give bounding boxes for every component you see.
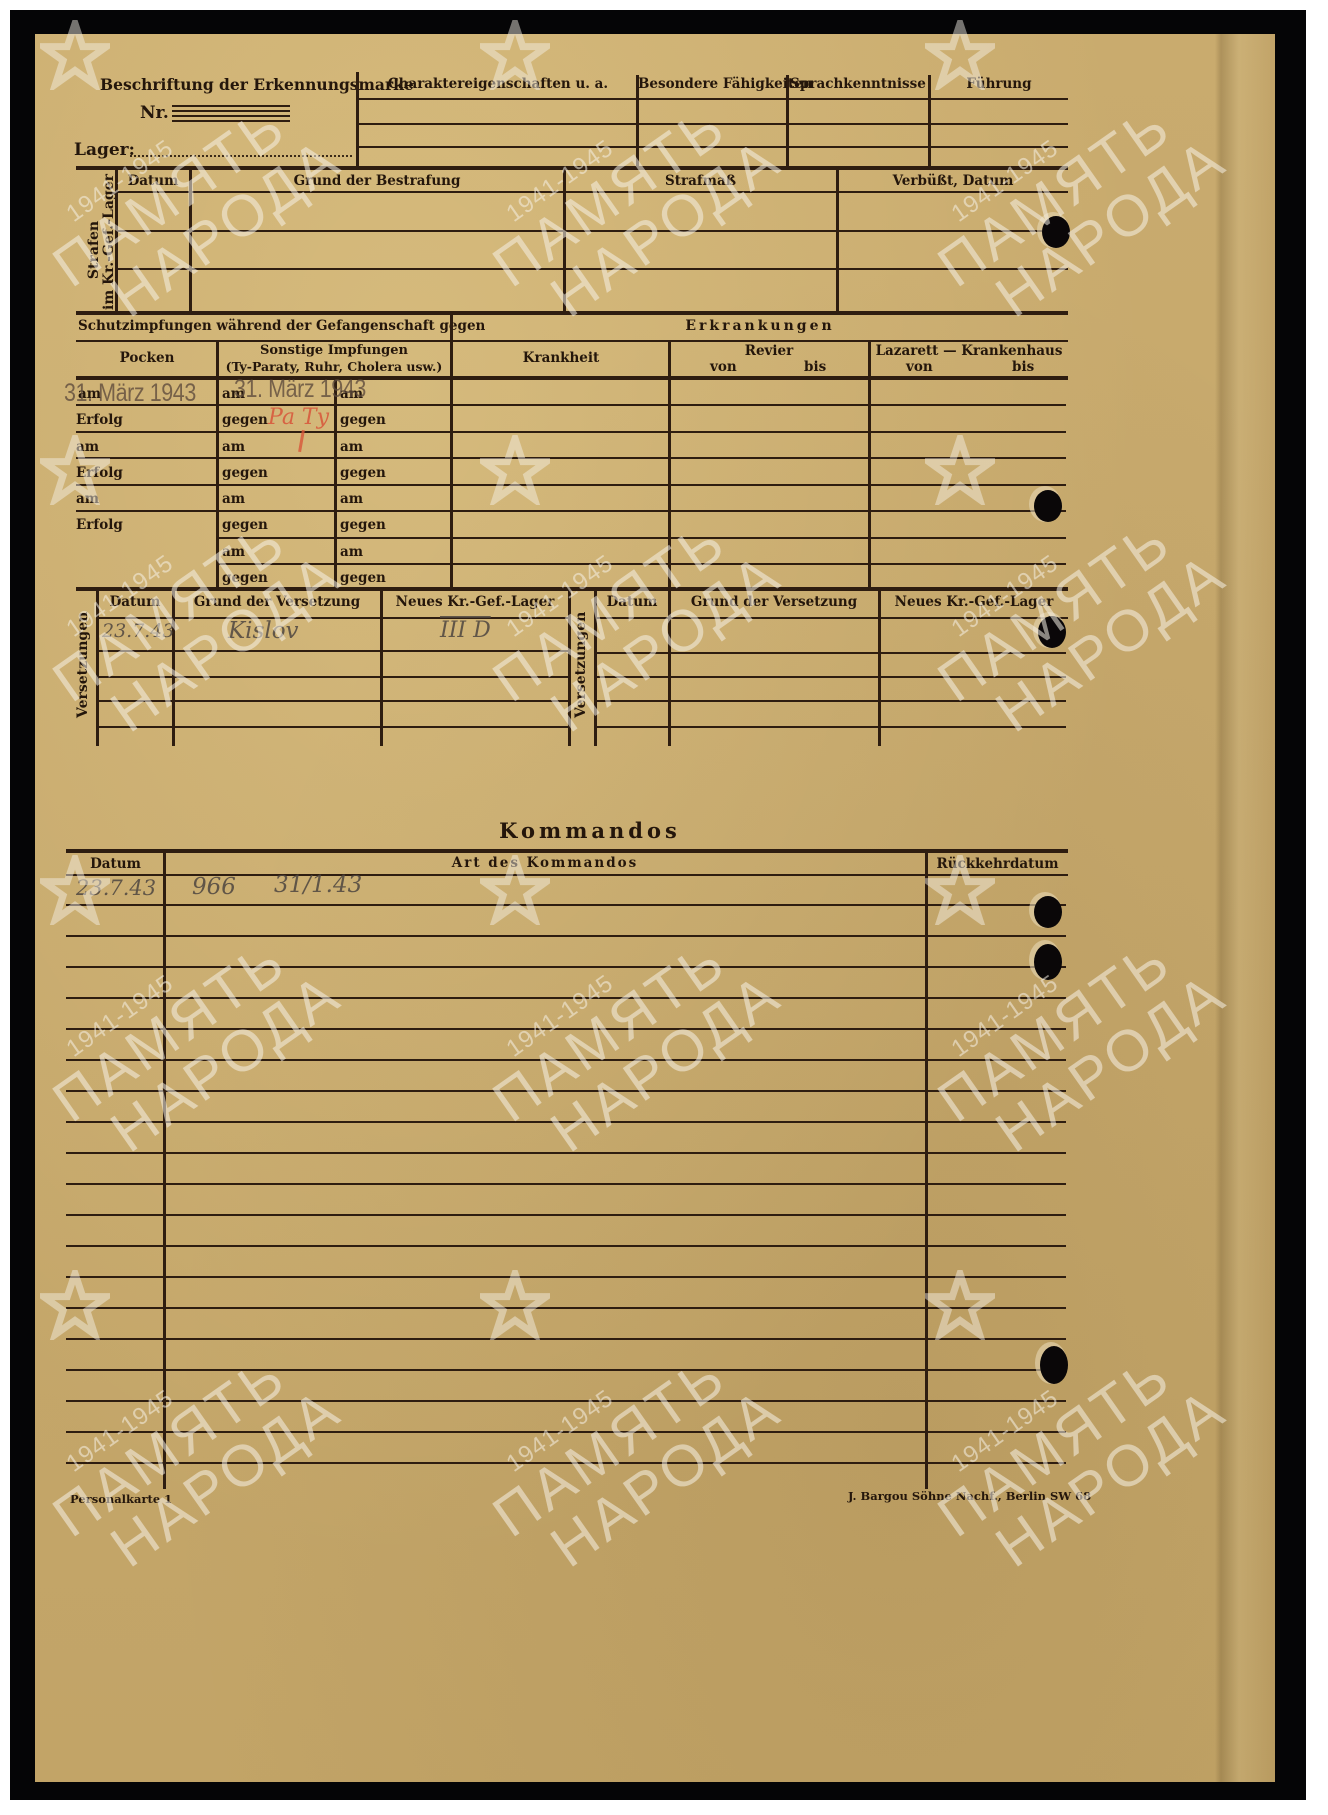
illnesses-title: Erkrankungen [452, 318, 1068, 334]
ruled-line [66, 1369, 1066, 1371]
printer-imprint: J. Bargou Söhne Nachf., Berlin SW 68 [848, 1489, 1091, 1503]
vaccine-row-label: am [222, 439, 245, 455]
transfers-side-label: Versetzungen [574, 618, 590, 718]
ruled-line [66, 1183, 1066, 1185]
ruled-line [66, 1431, 1066, 1433]
infirmary-from-label: von [710, 359, 737, 375]
smallpox-row-label: Erfolg [76, 465, 123, 481]
transfer-date: 23.7.43 [102, 620, 175, 642]
column-header-return-date: Rückkehrdatum [927, 856, 1068, 872]
column-header-hospital: Lazarett — Krankenhaus [870, 343, 1068, 359]
character-cell[interactable] [360, 100, 634, 166]
vaccine-row-label: gegen [222, 570, 268, 586]
illness-rows-area[interactable] [454, 380, 1066, 586]
hospital-to-label: bis [1012, 359, 1034, 375]
side-label-strafen: Strafen [86, 221, 102, 279]
punch-hole [1034, 944, 1062, 980]
ruled-line [66, 1090, 1066, 1092]
smallpox-date-stamp: 31. März 1943 [64, 379, 196, 408]
column-header-other-vaccines-sub: (Ty-Paraty, Ruhr, Cholera usw.) [218, 359, 450, 374]
ruled-line [66, 904, 1066, 906]
kommando-note: 31/1.43 [274, 872, 362, 898]
kommandos-title: Kommandos [420, 818, 760, 843]
vaccine-row-label: am [340, 491, 363, 507]
ruled-line [66, 1462, 1066, 1464]
lager-field[interactable] [130, 155, 352, 157]
column-header-infirmary: Revier [670, 343, 868, 359]
ruled-line [66, 1307, 1066, 1309]
vaccine-row-label: am [222, 491, 245, 507]
languages-cell[interactable] [790, 100, 926, 166]
vaccine-row-label: am [340, 544, 363, 560]
column-header-penalty: Strafmaß [565, 173, 836, 189]
vaccine-row-label: gegen [222, 465, 268, 481]
ruled-line [66, 1245, 1066, 1247]
column-header-smallpox: Pocken [78, 350, 216, 366]
vaccine-row-label: gegen [340, 570, 386, 586]
kommando-number: 966 [192, 874, 236, 900]
vaccine-row-label: am [222, 544, 245, 560]
ruled-line [66, 935, 1066, 937]
ruled-line [66, 1121, 1066, 1123]
column-header-other-vaccines: Sonstige Impfungen [218, 343, 450, 358]
ruled-line [66, 966, 1066, 968]
vaccine-row-label: gegen [340, 465, 386, 481]
vaccinations-title: Schutzimpfungen während der Gefangenscha… [78, 318, 450, 334]
vaccine-row-label: gegen [222, 412, 268, 428]
column-header-date: Datum [98, 594, 172, 610]
vaccine-row-label: gegen [340, 517, 386, 533]
column-header-conduct: Führung [930, 76, 1068, 92]
ruled-line [66, 1152, 1066, 1154]
ruled-line [66, 997, 1066, 999]
vaccine-row-label: am [340, 439, 363, 455]
lager-label: Lager: [74, 140, 135, 160]
hospital-from-label: von [906, 359, 933, 375]
ruled-line [66, 1338, 1066, 1340]
smallpox-row-label: Erfolg [76, 517, 123, 533]
punch-hole [1042, 216, 1070, 248]
kommando-date: 23.7.43 [76, 876, 156, 900]
transfer-reason: Kislov [228, 618, 299, 644]
transfer-rows-area[interactable] [598, 620, 1066, 744]
ruled-line [66, 1059, 1066, 1061]
column-header-new-camp: Neues Kr.-Gef.-Lager [880, 594, 1068, 610]
ruled-line [66, 1400, 1066, 1402]
column-header-date: Datum [596, 594, 668, 610]
paper-fold-edge [1215, 34, 1275, 1782]
transfer-new-camp: III D [440, 618, 491, 643]
column-header-illness: Krankheit [454, 350, 668, 366]
column-header-kommando-type: Art des Kommandos [165, 855, 925, 871]
smallpox-row-label: am [76, 491, 99, 507]
punch-hole [1038, 616, 1066, 648]
vaccine-row-label: gegen [340, 412, 386, 428]
smallpox-row-label: Erfolg [76, 412, 123, 428]
ruled-line [66, 1028, 1066, 1030]
infirmary-to-label: bis [804, 359, 826, 375]
column-header-skills: Besondere Fähigkeiten [638, 76, 786, 92]
punch-hole [1034, 490, 1062, 522]
column-header-languages: Sprachkenntnisse [788, 76, 928, 92]
punishment-row[interactable] [117, 270, 1067, 310]
column-header-transfer-reason: Grund der Versetzung [174, 594, 380, 610]
conduct-cell[interactable] [932, 100, 1066, 166]
ruled-line [66, 1214, 1066, 1216]
vaccine-handwritten-type: Pa Ty [268, 405, 329, 430]
column-header-transfer-reason: Grund der Versetzung [670, 594, 878, 610]
nr-label: Nr. [140, 103, 169, 123]
column-header-character: Charaktereigenschaften u. a. [360, 76, 636, 92]
column-header-date: Datum [68, 856, 163, 872]
punch-hole [1034, 896, 1062, 928]
smallpox-row-label: am [76, 439, 99, 455]
punishment-row[interactable] [117, 232, 1067, 267]
form-name: Personalkarte 1 [70, 1492, 172, 1506]
transfers-side-label: Versetzungen [76, 618, 92, 718]
vaccine-row-label: gegen [222, 517, 268, 533]
vaccine-date-stamp: 31. März 1943 [234, 375, 366, 404]
column-header-served: Verbüßt, Datum [838, 173, 1068, 189]
punishment-row[interactable] [117, 194, 1067, 229]
column-header-reason: Grund der Bestrafung [191, 173, 563, 189]
punch-hole [1040, 1346, 1068, 1384]
skills-cell[interactable] [640, 100, 784, 166]
column-header-date: Datum [117, 173, 189, 189]
nr-field[interactable] [172, 104, 290, 122]
column-header-new-camp: Neues Kr.-Gef.-Lager [382, 594, 568, 610]
ruled-line [66, 1276, 1066, 1278]
